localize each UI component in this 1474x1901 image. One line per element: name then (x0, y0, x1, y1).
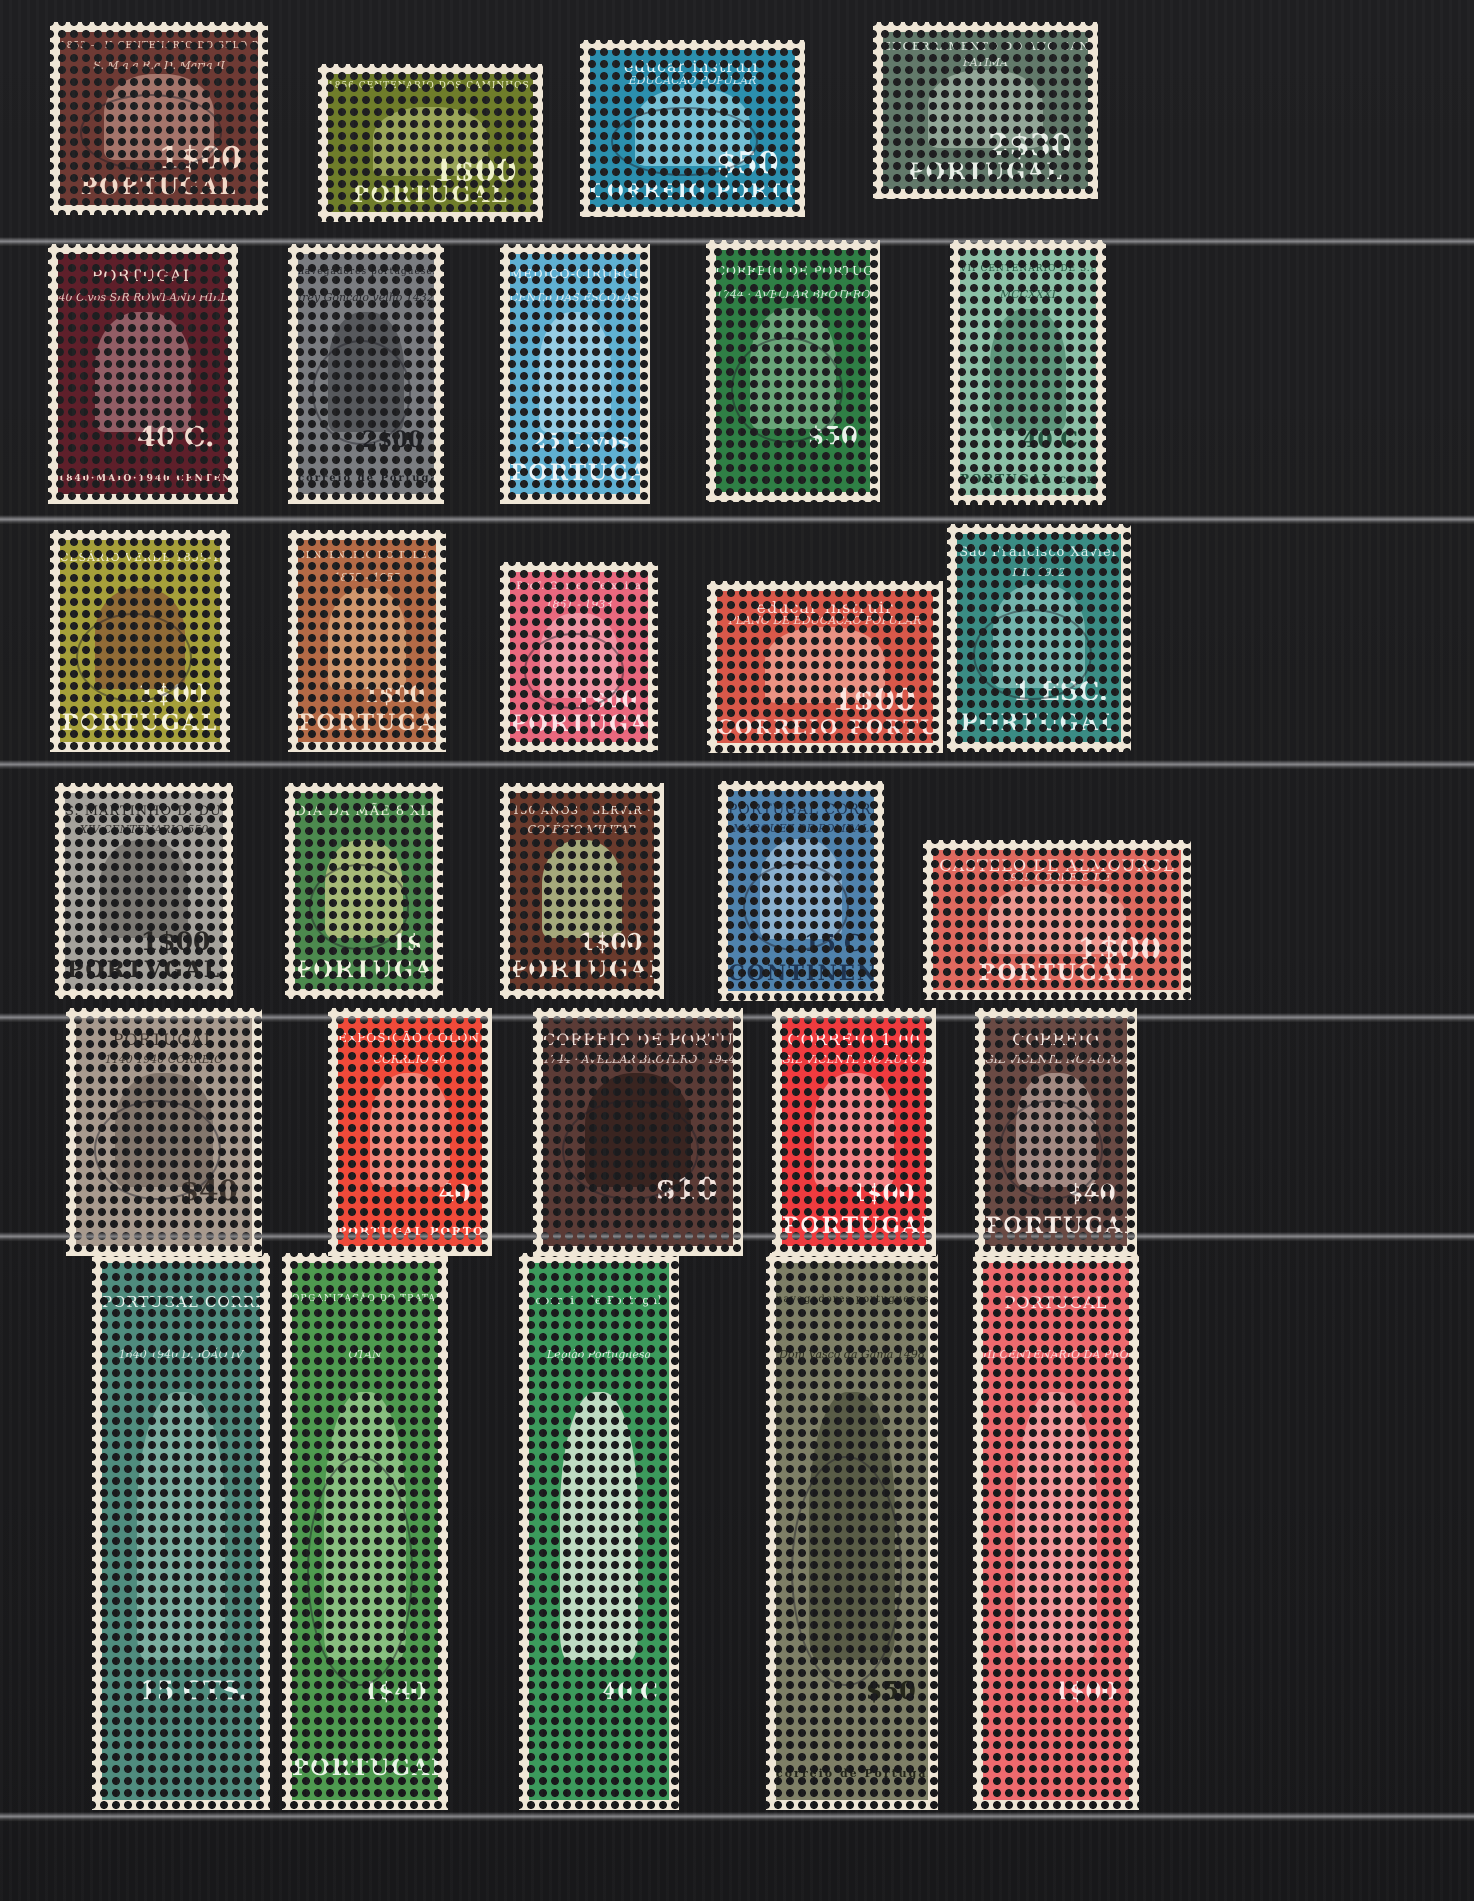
stamp-design: correio de PortugalLegião Portuguesa40 C (529, 1263, 669, 1800)
stamp-subtitle: COLÉGIO MILITAR (510, 824, 654, 835)
stamp-legend: ENCERRAMENTO DO ANO SANTO 1951 (883, 41, 1088, 52)
stamp-subtitle: IHS 1952 (957, 567, 1121, 578)
stamp-legend: EXPOSIÇÃO COLONIAL (338, 1032, 482, 1044)
stamp-design: S. MARTINHO D. DUMEXIV CENTENARIO 550POR… (65, 793, 223, 989)
stamp[interactable]: Prof. Gomes Teixeira1851 - 1933PORTUGAL1… (500, 562, 658, 752)
stamp-country-label: PORTVGAL (65, 959, 223, 981)
stamp-face-value: 1$00 (141, 929, 211, 954)
stamp-subtitle: XIV CENTENARIO 550 (65, 824, 223, 835)
stamp-subtitle: 1744 · AVELLAR BROTERO · 1944 (716, 289, 870, 300)
stamp-legend: PORTUGAL-CORREIO (102, 1295, 260, 1310)
stamp-face-value: 1$00 (433, 157, 517, 187)
stamp-legend: ORGANIZAÇÃO DO TRATADO DO ATLANTICO NORT… (292, 1295, 438, 1304)
stamp-portrait-figure (328, 312, 404, 432)
stamp-legend: navegadores portugueses (776, 1295, 928, 1305)
stamp[interactable]: ENCERRAMENTO DO ANO SANTO 1951FATIMAPORT… (873, 22, 1098, 199)
stamp-country-label: PORTUGAL (985, 1215, 1127, 1237)
stamp-portrait-figure (560, 1392, 638, 1661)
stamp-legend: PORTUGAL CORREIO (728, 803, 874, 817)
stamp-design: 150 ANOS · SERVIR ·COLÉGIO MILITARPORTUG… (510, 793, 654, 989)
stamp-portrait-figure (325, 840, 402, 938)
stamp-design: PORTUGAL-CORREIO1640 1940 D. JOÃO IV15 C… (102, 1263, 260, 1800)
stamp-legend: CESÁRIO VERDE 1855-1886 (60, 552, 220, 563)
stamp[interactable]: CENTENARIO DO TELEGRAFO ELECTRICO1855 - … (288, 530, 446, 752)
stamp-subtitle: Legião Portuguesa (529, 1349, 669, 1360)
stamp-country-label: PORTUGAL (298, 712, 436, 734)
stamp-face-value: 40 (438, 1182, 470, 1205)
stamp-subtitle: EDUCAÇÃO POPULAR (590, 75, 795, 86)
stamp-legend: CORREIO 1.00 (782, 1032, 926, 1048)
stamp-subtitle: 1640 1940 D. JOÃO IV (102, 1349, 260, 1360)
stamp[interactable]: EXPOSIÇÃO COLONIALCORREIO 40PORTUGAL POR… (328, 1008, 492, 1256)
stamp-country-label: PORTUGAL (510, 462, 640, 484)
stamp-face-value: 1$00 (159, 144, 243, 174)
stamp[interactable]: CORREIOGIL VICENTE NO AUTO DO VAQUEIROPO… (975, 1008, 1137, 1256)
stamp[interactable]: PORTUGAL40 C.vos SIR ROWLAND HILL1840·MA… (48, 244, 238, 504)
stamp-country-label: CORREIO PORTUGAL (717, 717, 933, 737)
stamp-portrait-figure (100, 840, 189, 938)
stamp-design: CORREIO DE PORTUGAL1744 · AVELLAR BROTER… (543, 1018, 733, 1246)
stamp-country-label: correio de Portugal (776, 1768, 928, 1779)
stamp-subtitle: 1851 - 1933 (510, 599, 648, 610)
stamp-country-label: PORTUGAL PORTO 1934 (338, 1226, 482, 1237)
stamp-portrait-figure (585, 1073, 691, 1187)
stamp[interactable]: PORTUGAL-CORREIO1640 1940 D. JOÃO IV15 C… (92, 1253, 270, 1810)
strip-divider (0, 1812, 1474, 1822)
stamp-face-value: 1$00 (1053, 1680, 1117, 1703)
stamp[interactable]: navegadores portuguesesDom Vasco da Gama… (766, 1253, 938, 1810)
stamp[interactable]: educar instruirPLANO DE EDUCAÇÃO POPULAR… (707, 581, 943, 753)
stamp-face-value: 1$40 (362, 1680, 426, 1703)
stamp-design: PORTUGAL1140 1940 CORREIO$40 (76, 1018, 252, 1246)
stamp-face-value: $40 (179, 1177, 237, 1205)
stamp-portrait-figure (1015, 1392, 1097, 1661)
strip-divider (0, 760, 1474, 770)
stamp-legend: educar instruir (590, 59, 795, 75)
stamp-subtitle: MCCXXXI (960, 289, 1096, 300)
stamp-legend: DIA DA MÃE 8 XII (295, 805, 433, 818)
stamp[interactable]: correio de PortugalLegião Portuguesa40 C (519, 1253, 679, 1810)
stamp-portrait-figure (750, 308, 836, 429)
stamp-country-label: PORTUGAL (510, 713, 648, 735)
stamp-design: navegadores portuguesesDom Vasco da Gama… (776, 1263, 928, 1800)
stamp[interactable]: ORGANIZAÇÃO DO TRATADO DO ATLANTICO NORT… (282, 1253, 448, 1810)
stamp-subtitle: FATIMA (883, 57, 1088, 68)
stamp[interactable]: 1856 CENTENARIO DOS CAMINHOS DE FERROPOR… (318, 64, 543, 222)
stamp-design: MEDICO-CIRURGICACENT.o DAS ESCOLAS DE LI… (510, 254, 640, 494)
stamp-face-value: 1$00 (576, 689, 637, 711)
stamp-subtitle: 40 C.vos SIR ROWLAND HILL (58, 292, 228, 303)
stamp[interactable]: MEDICO-CIRURGICACENT.o DAS ESCOLAS DE LI… (500, 244, 650, 504)
stamp-face-value: 15 CTS. (140, 1678, 248, 1703)
stamp-face-value: 40 C. (137, 424, 214, 451)
stamp-subtitle: CORREIO 40 (338, 1054, 482, 1065)
stamp[interactable]: VII CENTENARIO DE S.to ANTONIO DE LISBOA… (950, 240, 1106, 505)
stamp-subtitle: MARQUEZ DE POMBAL (728, 823, 874, 834)
stamp-country-label: PORTUGAL (60, 712, 220, 734)
stamp-face-value: 40 C. (1022, 429, 1085, 451)
stamp-face-value: 15 C (804, 932, 862, 955)
stamp-country-label: CORREIO PORTUGAL (590, 182, 795, 201)
stamp-portrait-figure (324, 1392, 406, 1661)
stamp-design: CENTENARIO DO TELEGRAFO ELECTRICO1855 - … (298, 540, 436, 742)
stamp-country-label: PORTUGAL (292, 1757, 438, 1779)
stamp-design: navegadores portuguesesfrey Gonçalo velh… (298, 254, 434, 494)
stamp-design: EXPOSIÇÃO COLONIALCORREIO 40PORTUGAL POR… (338, 1018, 482, 1246)
stamp-subtitle: frey Gonçalo velho 1432 (298, 292, 434, 303)
stamp-face-value: 2$30 (988, 131, 1072, 161)
stamp-country-label: PORTUGAL (883, 161, 1088, 183)
stamp[interactable]: CORREIO 1.00GIL VICENTE NO AUTO DO VAQUE… (772, 1008, 936, 1256)
stamp-subtitle: GIL VICENTE NO AUTO DO VAQUEIRO (985, 1054, 1127, 1065)
stamp-face-value: $40 (1068, 1182, 1116, 1205)
stamp-face-value: $50 (808, 424, 858, 448)
stamp-design: CORREIOGIL VICENTE NO AUTO DO VAQUEIROPO… (985, 1018, 1127, 1246)
stamp-face-value: $50 (866, 1679, 916, 1703)
stamp-portrait-figure (809, 1392, 894, 1661)
stamp[interactable]: PORTUGAL CORREIOMARQUEZ DE POMBALCONTINE… (718, 781, 884, 1001)
stamp-face-value: 1$00 (832, 686, 916, 716)
stamp-design: ORGANIZAÇÃO DO TRATADO DO ATLANTICO NORT… (292, 1263, 438, 1800)
stamp-legend: CORREIO DE PORTUGAL (716, 265, 870, 277)
stamp-subtitle: 1855 - 1955 (298, 572, 436, 583)
stamp-country-label: PORTUGAL (510, 959, 654, 981)
stamp-face-value: 2$00 (362, 429, 423, 451)
stamp-legend: VII CENTENARIO DE S.to ANTONIO DE LISBOA (960, 265, 1096, 274)
stamp-portrait-figure (328, 588, 405, 689)
stamp-face-value: 40 C (602, 1681, 658, 1703)
stamp-portrait-figure (370, 1073, 451, 1187)
stamp-design: VII CENTENARIO DE S.to ANTONIO DE LISBOA… (960, 250, 1096, 495)
stamp-portrait-figure (539, 312, 612, 432)
stamp-design: educar instruirPLANO DE EDUCAÇÃO POPULAR… (717, 591, 933, 743)
stamp-subtitle: 1744 · AVELLAR BROTERO · 1944 (543, 1054, 733, 1065)
stamp-subtitle: PLANO DE EDUCAÇÃO POPULAR (717, 615, 933, 626)
stamp-legend: correio de Portugal (529, 1295, 669, 1306)
stamp[interactable]: CORREIO DE PORTUGAL1744 · AVELLAR BROTER… (533, 1008, 743, 1256)
stamp-legend: Prof. Gomes Teixeira (510, 582, 648, 592)
stamp-legend: navegadores portugueses (298, 268, 434, 277)
stamp-subtitle: 1945 CORREIO DE (933, 872, 1181, 883)
stamp-design: PORTUGAL CORREIOMARQUEZ DE POMBALCONTINE… (728, 791, 874, 991)
stamp-design: CORREIO DE PORTUGAL1744 · AVELLAR BROTER… (716, 250, 870, 492)
stamp-subtitle: GIL VICENTE NO AUTO DO VAQUEIRO (782, 1054, 926, 1065)
stamp-country-label: correio de Portugal (298, 474, 434, 484)
stamp-country-label: PORTUGAL (957, 712, 1121, 734)
stamp-portrait-figure (760, 839, 842, 939)
stamp-portrait-figure (540, 613, 617, 698)
stamp-design: educar instruirEDUCAÇÃO POPULARCORREIO P… (590, 50, 795, 207)
stamp[interactable]: São Francisco XavierIHS 1952PORTUGAL1 ES… (947, 524, 1131, 752)
stamp-country-label: PORTUGAL (60, 176, 258, 198)
stamp-portrait-figure (95, 312, 190, 432)
stamp-subtitle: S. M.a a R.a D. Maria II (60, 60, 258, 71)
stamp-portrait-figure (137, 1392, 226, 1661)
stamp-face-value: 25 C.vos (531, 430, 629, 451)
strip-divider (0, 515, 1474, 525)
stamp-legend: MEDICO-CIRURGICA (510, 268, 640, 280)
stamp-legend: 1856 CENTENARIO DOS CAMINHOS DE FERRO (328, 82, 533, 91)
stamp-design: PORTUGALIII CENTENARIO DA PROCLAMAÇÃO 16… (983, 1263, 1129, 1800)
stamp-country-label: PORTUGAL (782, 1215, 926, 1237)
stamp[interactable]: PORTUGALIII CENTENARIO DA PROCLAMAÇÃO 16… (973, 1253, 1139, 1810)
stamp[interactable]: CASTELO DE ALMOUROL1945 CORREIO DEPORTUG… (923, 840, 1191, 1000)
stamp-country-label: 1840·MAIO·1940 CENTENÁRIO DO SÊLO POSTAL (58, 475, 228, 484)
stamp-legend: CENTENARIO DO TELEGRAFO ELECTRICO (298, 552, 436, 561)
stamp-legend: CORREIO (985, 1032, 1127, 1048)
stamp-design: CORREIO 1.00GIL VICENTE NO AUTO DO VAQUE… (782, 1018, 926, 1246)
stamp-portrait-figure (990, 309, 1066, 432)
stamp-country-label: PORTUGAL (295, 959, 433, 981)
stamp-design: São Francisco XavierIHS 1952PORTUGAL1 ES… (957, 534, 1121, 742)
stamp-portrait-figure (814, 1073, 895, 1187)
stamp[interactable]: PORTUGAL1140 1940 CORREIO$40 (66, 1008, 262, 1256)
stamp-subtitle: Dom Vasco da Gama 1498 (776, 1349, 928, 1360)
stamp-subtitle: OTAN (292, 1349, 438, 1360)
stamp[interactable]: S. MARTINHO D. DUMEXIV CENTENARIO 550POR… (55, 783, 233, 999)
stamp-subtitle: CENT.o DAS ESCOLAS DE LISBOA E PORTO (510, 292, 640, 303)
stamp-design: 1853 — II CENTENARIO DO SELO POSTAL — 19… (60, 32, 258, 205)
stamp[interactable]: educar instruirEDUCAÇÃO POPULARCORREIO P… (580, 40, 805, 217)
stamp[interactable]: CESÁRIO VERDE 1855-1886PORTUGAL1$00 (50, 530, 230, 752)
stamp-face-value: 1$00 (138, 681, 208, 706)
stamp-face-value: 1$ (391, 932, 422, 954)
stamp[interactable]: 150 ANOS · SERVIR ·COLÉGIO MILITARPORTUG… (500, 783, 664, 999)
stamp-face-value: 1$00 (1078, 935, 1162, 965)
stamp[interactable]: 1853 — II CENTENARIO DO SELO POSTAL — 19… (50, 22, 268, 215)
stamp-country-label: PORTUGAL correio (960, 473, 1096, 485)
stamp-design: PORTUGAL40 C.vos SIR ROWLAND HILL1840·MA… (58, 254, 228, 494)
stamp-face-value: $50 (716, 149, 779, 179)
stamp-legend: PORTUGAL (76, 1032, 252, 1048)
stamp-legend: São Francisco Xavier (957, 546, 1121, 559)
stamp-legend: S. MARTINHO D. DUME (65, 805, 223, 818)
stamp-legend: PORTUGAL (983, 1295, 1129, 1311)
stamp-face-value: 1$00 (364, 684, 425, 706)
stamp-legend: CORREIO DE PORTUGAL (543, 1032, 733, 1048)
stamp-design: 1856 CENTENARIO DOS CAMINHOS DE FERROPOR… (328, 74, 533, 212)
stamp-face-value: $10 (655, 1175, 718, 1205)
stamp-design: CASTELO DE ALMOUROL1945 CORREIO DEPORTUG… (933, 850, 1181, 990)
stamp[interactable]: navegadores portuguesesfrey Gonçalo velh… (288, 244, 444, 504)
stamp-face-value: 1$00 (578, 931, 642, 954)
stamp-subtitle: III CENTENARIO DA PROCLAMAÇÃO 1646 1946 (983, 1349, 1129, 1360)
stamp-design: ENCERRAMENTO DO ANO SANTO 1951FATIMAPORT… (883, 32, 1088, 189)
stamp-legend: 1853 — II CENTENARIO DO SELO POSTAL — 19… (60, 42, 258, 51)
stamp-portrait-figure (993, 584, 1085, 688)
stamp-portrait-figure (95, 588, 185, 689)
stamp-portrait-figure (115, 1073, 214, 1187)
stamp-design: Prof. Gomes Teixeira1851 - 1933PORTUGAL1… (510, 572, 648, 742)
stamp-legend: 150 ANOS · SERVIR · (510, 805, 654, 816)
stamp-country-label: CONTINENTE (728, 962, 874, 983)
stamp-portrait-figure (542, 840, 623, 938)
stamp-subtitle: 1140 1940 CORREIO (76, 1054, 252, 1065)
stamp[interactable]: DIA DA MÃE 8 XIIPORTUGAL1$ (285, 783, 443, 999)
stamp-face-value: 1$00 (850, 1182, 914, 1205)
stamp-portrait-figure (1016, 1073, 1096, 1187)
stamp-design: CESÁRIO VERDE 1855-1886PORTUGAL1$00 (60, 540, 220, 742)
stamp-design: DIA DA MÃE 8 XIIPORTUGAL1$ (295, 793, 433, 989)
stamp-face-value: 1 ESC. (1013, 679, 1108, 705)
stamp[interactable]: CORREIO DE PORTUGAL1744 · AVELLAR BROTER… (706, 240, 880, 502)
stamp-legend: PORTUGAL (58, 268, 228, 284)
